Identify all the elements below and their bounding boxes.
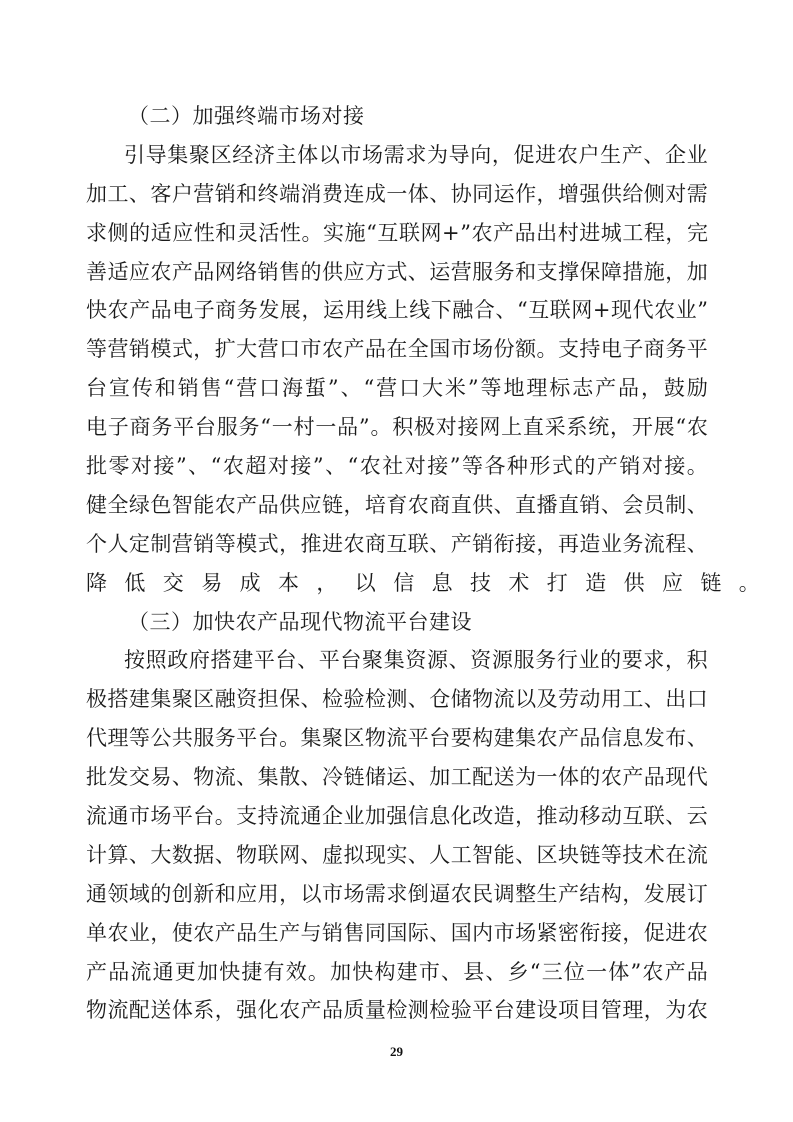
glyph: 息 (429, 797, 450, 836)
glyph: 加 (365, 797, 386, 836)
glyph: 电 (86, 408, 107, 447)
glyph: ” (460, 214, 471, 253)
glyph: 电 (601, 330, 622, 369)
glyph: 互 (622, 797, 643, 836)
glyph: 制 (150, 525, 171, 564)
glyph: 农 (107, 914, 128, 953)
glyph: 营 (172, 525, 193, 564)
glyph: 业 (687, 136, 708, 175)
glyph: 流 (215, 758, 236, 797)
section-3: （三）加快农产品现代物流平台建设 按照政府搭建平台、平台聚集资源、资源服务行业的… (86, 603, 708, 1031)
glyph: 物 (193, 758, 214, 797)
glyph: 、 (301, 758, 322, 797)
glyph: 进 (535, 136, 556, 175)
glyph: 农 (408, 486, 429, 525)
glyph: 商 (130, 408, 151, 447)
glyph: 对 (665, 175, 686, 214)
glyph: 应 (172, 214, 193, 253)
glyph: 衔 (579, 914, 600, 953)
glyph: 务 (151, 408, 172, 447)
glyph: 按 (124, 641, 145, 680)
glyph: 交 (129, 758, 150, 797)
glyph: ， (622, 875, 643, 914)
glyph: 工 (451, 836, 472, 875)
glyph: 运 (494, 175, 515, 214)
glyph: 、 (449, 641, 470, 680)
glyph: ， (610, 408, 631, 447)
glyph: 台 (494, 991, 515, 1030)
glyph: 联 (258, 836, 279, 875)
glyph: ” (176, 447, 187, 486)
glyph: 农 (601, 758, 622, 797)
glyph: 采 (545, 408, 566, 447)
glyph: 销 (579, 486, 600, 525)
glyph: 户 (578, 136, 599, 175)
glyph: 需 (687, 175, 708, 214)
glyph: 应 (301, 486, 322, 525)
glyph: 生 (600, 136, 621, 175)
glyph: “ (211, 447, 222, 486)
glyph: 运 (429, 253, 450, 292)
glyph: ， (193, 330, 214, 369)
glyph: 健 (86, 486, 107, 525)
glyph: 资 (405, 641, 426, 680)
glyph: 销 (258, 253, 279, 292)
glyph: 劳 (558, 680, 579, 719)
glyph: 资 (470, 641, 491, 680)
glyph: 际 (408, 914, 429, 953)
glyph: 台 (340, 641, 361, 680)
glyph: 活 (258, 214, 279, 253)
glyph: 产 (172, 253, 193, 292)
glyph: 农 (215, 486, 236, 525)
glyph: 平 (408, 719, 429, 758)
glyph: 品 (579, 719, 600, 758)
glyph: 体 (408, 175, 429, 214)
glyph: 效 (286, 953, 307, 992)
glyph: 系 (193, 991, 214, 1030)
glyph: 能 (494, 836, 515, 875)
glyph: 台 (429, 719, 450, 758)
glyph: ， (515, 797, 536, 836)
glyph: 一 (386, 175, 407, 214)
glyph: 业 (601, 525, 622, 564)
glyph: 性 (194, 214, 215, 253)
glyph: 务 (494, 253, 515, 292)
glyph: 制 (665, 486, 686, 525)
glyph: ， (492, 136, 513, 175)
glyph: 城 (601, 214, 622, 253)
glyph: 农 (279, 991, 300, 1030)
glyph: 产 (129, 291, 150, 330)
glyph: 整 (515, 875, 536, 914)
glyph: 农 (537, 719, 558, 758)
section-2: （二）加强终端市场对接 引导集聚区经济主体以市场需求为导向，促进农户生产、企业 … (86, 97, 708, 603)
glyph: 术 (644, 836, 665, 875)
glyph: 产 (343, 330, 364, 369)
glyph: 产 (301, 991, 322, 1030)
glyph: 直 (451, 486, 472, 525)
paragraph-line: 健全绿色智能农产品供应链，培育农商直供、直播直销、会员制、 (86, 486, 708, 525)
glyph: 网 (215, 253, 236, 292)
glyph: 链 (322, 486, 343, 525)
page-number: 29 (0, 1044, 793, 1060)
glyph: 定 (129, 525, 150, 564)
glyph: 动 (558, 797, 579, 836)
glyph: 品 (618, 369, 639, 408)
glyph: 导 (449, 136, 470, 175)
glyph: 网 (279, 836, 300, 875)
glyph: 通 (86, 875, 107, 914)
glyph: 运 (323, 291, 344, 330)
glyph: 等 (601, 836, 622, 875)
glyph: 障 (601, 253, 622, 292)
glyph: 扩 (215, 330, 236, 369)
glyph: 紧 (537, 914, 558, 953)
glyph: 村 (294, 408, 315, 447)
glyph: 主 (275, 136, 296, 175)
glyph: 场 (362, 136, 383, 175)
glyph: 计 (86, 836, 107, 875)
glyph: 产 (622, 758, 643, 797)
glyph: 一 (586, 953, 607, 992)
glyph: 农 (557, 136, 578, 175)
glyph: 构 (472, 719, 493, 758)
glyph: 智 (472, 836, 493, 875)
glyph: 直 (523, 408, 544, 447)
glyph: 志 (572, 369, 593, 408)
glyph: 通 (107, 797, 128, 836)
glyph: 用 (258, 875, 279, 914)
glyph: 场 (472, 330, 493, 369)
glyph: 流 (494, 680, 515, 719)
glyph: 和 (236, 175, 257, 214)
glyph: 管 (601, 991, 622, 1030)
glyph: 用 (345, 291, 366, 330)
glyph: 务 (237, 291, 258, 330)
glyph: 给 (622, 175, 643, 214)
glyph: 布 (665, 719, 686, 758)
glyph: 集 (150, 680, 171, 719)
glyph: 配 (472, 758, 493, 797)
glyph: 农 (223, 447, 244, 486)
glyph: 线 (409, 291, 430, 330)
glyph: 市 (451, 330, 472, 369)
glyph: 全 (408, 330, 429, 369)
glyph: 业 (129, 914, 150, 953)
glyph: 经 (232, 136, 253, 175)
glyph: 程 (644, 214, 665, 253)
glyph: 构 (374, 953, 395, 992)
glyph: 平 (319, 641, 340, 680)
glyph: 拟 (343, 836, 364, 875)
glyph: 方 (365, 253, 386, 292)
glyph: 协 (451, 175, 472, 214)
glyph: 领 (107, 875, 128, 914)
glyph: 对 (405, 447, 426, 486)
paragraph-line: 引导集聚区经济主体以市场需求为导向，促进农户生产、企业 (86, 136, 708, 175)
glyph: 模 (150, 330, 171, 369)
glyph: 批 (86, 758, 107, 797)
glyph: 商 (429, 486, 450, 525)
glyph: ， (537, 525, 558, 564)
glyph: 建 (494, 719, 515, 758)
glyph: 对 (131, 447, 152, 486)
glyph: 端 (279, 175, 300, 214)
glyph: 应 (129, 253, 150, 292)
glyph: 、 (408, 680, 429, 719)
glyph: 持 (579, 330, 600, 369)
glyph: 和 (155, 369, 176, 408)
glyph: 标 (549, 369, 570, 408)
glyph: 、 (485, 953, 506, 992)
glyph: 播 (537, 486, 558, 525)
glyph: 销 (129, 330, 150, 369)
glyph: 、 (687, 719, 708, 758)
glyph: 形 (529, 447, 550, 486)
glyph: 、 (301, 680, 322, 719)
glyph: 互 (377, 214, 398, 253)
glyph: 保 (279, 680, 300, 719)
glyph: 流 (687, 836, 708, 875)
glyph: 子 (194, 291, 215, 330)
glyph: 、 (129, 836, 150, 875)
glyph: 人 (429, 836, 450, 875)
glyph: 员 (644, 486, 665, 525)
glyph: 化 (451, 797, 472, 836)
glyph: 加 (86, 175, 107, 214)
glyph: 导 (146, 136, 167, 175)
glyph: 云 (687, 797, 708, 836)
glyph: 理 (107, 719, 128, 758)
glyph: 现 (365, 836, 386, 875)
glyph: ， (537, 175, 558, 214)
glyph: ， (665, 253, 686, 292)
glyph: 新 (193, 875, 214, 914)
glyph: 引 (124, 136, 145, 175)
paragraph-line: 按照政府搭建平台、平台聚集资源、资源服务行业的要求，积 (86, 641, 708, 680)
glyph: 平 (687, 330, 708, 369)
glyph: 求 (405, 136, 426, 175)
glyph: 强 (236, 991, 257, 1030)
glyph: 、 (644, 680, 665, 719)
glyph: 等 (129, 719, 150, 758)
glyph: 。 (370, 408, 391, 447)
glyph: ” (313, 447, 324, 486)
section-heading: （三）加快农产品现代物流平台建设 (86, 603, 708, 642)
glyph: 三 (542, 953, 563, 992)
glyph: 区 (537, 836, 558, 875)
glyph: 平 (236, 719, 257, 758)
glyph: 品 (337, 408, 358, 447)
glyph: 农 (322, 330, 343, 369)
paragraph-line: 极搭建集聚区融资担保、检验检测、仓储物流以及劳动用工、出口 (86, 680, 708, 719)
glyph: 化 (258, 991, 279, 1030)
glyph: 、 (215, 836, 236, 875)
glyph: 品 (365, 330, 386, 369)
glyph: 灵 (237, 214, 258, 253)
glyph: 销 (472, 525, 493, 564)
glyph: 要 (622, 641, 643, 680)
glyph: 性 (280, 214, 301, 253)
glyph: 产 (665, 953, 686, 992)
glyph: 储 (365, 758, 386, 797)
glyph: 配 (129, 991, 150, 1030)
glyph: 统 (588, 408, 609, 447)
glyph: 。 (279, 719, 300, 758)
glyph: 和 (215, 875, 236, 914)
glyph: 再 (558, 525, 579, 564)
glyph: 农 (472, 214, 493, 253)
glyph: 展 (665, 875, 686, 914)
glyph: 的 (574, 447, 595, 486)
glyph: 强 (579, 175, 600, 214)
glyph: 发 (644, 719, 665, 758)
glyph: 品 (515, 214, 536, 253)
glyph: 接 (427, 447, 448, 486)
glyph: 展 (280, 291, 301, 330)
glyph: 平 (472, 991, 493, 1030)
paragraph-line: 代理等公共服务平台。集聚区物流平台要构建集农产品信息发布、 (86, 719, 708, 758)
glyph: 撑 (558, 253, 579, 292)
glyph: 位 (564, 953, 585, 992)
glyph: 算 (107, 836, 128, 875)
glyph: 流 (279, 797, 300, 836)
glyph: 开 (632, 408, 653, 447)
glyph: ， (150, 914, 171, 953)
glyph: 业 (676, 291, 697, 330)
glyph: 在 (665, 836, 686, 875)
paragraph-line: 加工、客户营销和终端消费连成一体、协同运作，增强供给侧对需 (86, 175, 708, 214)
glyph: 一 (537, 758, 558, 797)
glyph: 通 (301, 797, 322, 836)
glyph: 出 (536, 214, 557, 253)
glyph: 作 (515, 175, 536, 214)
glyph: 融 (215, 680, 236, 719)
glyph: 区 (343, 719, 364, 758)
glyph: 流 (107, 991, 128, 1030)
glyph: 集 (167, 136, 188, 175)
glyph: 、 (601, 486, 622, 525)
glyph: 育 (386, 486, 407, 525)
glyph: 聚 (172, 680, 193, 719)
glyph: 产 (215, 914, 236, 953)
glyph: 及 (537, 680, 558, 719)
glyph: 聚 (189, 136, 210, 175)
glyph: 济 (254, 136, 275, 175)
glyph: 对 (642, 447, 663, 486)
glyph: 口 (687, 680, 708, 719)
glyph: 户 (172, 175, 193, 214)
glyph: 绿 (129, 486, 150, 525)
glyph: 建 (515, 991, 536, 1030)
glyph: 企 (322, 797, 343, 836)
glyph: “ (530, 953, 541, 992)
glyph: + (442, 214, 460, 253)
glyph: 源 (427, 641, 448, 680)
glyph: 。 (301, 214, 322, 253)
section-heading: （二）加强终端市场对接 (86, 97, 708, 136)
glyph: 产 (236, 486, 257, 525)
glyph: 宣 (109, 369, 130, 408)
glyph: 服 (472, 253, 493, 292)
glyph: 程 (665, 525, 686, 564)
glyph: 代 (687, 758, 708, 797)
paragraph-line: 通领域的创新和应用，以市场需求倒逼农民调整生产结构，发展订 (86, 875, 708, 914)
glyph: 以 (515, 680, 536, 719)
glyph: 增 (558, 175, 579, 214)
glyph: 有 (264, 953, 285, 992)
glyph: “ (366, 214, 377, 253)
glyph: ” (630, 953, 641, 992)
glyph: 农 (343, 525, 364, 564)
glyph: 市 (301, 330, 322, 369)
glyph: 造 (494, 797, 515, 836)
glyph: 极 (86, 680, 107, 719)
glyph: ， (279, 525, 300, 564)
glyph: 市 (419, 953, 440, 992)
glyph: 供 (601, 175, 622, 214)
glyph: 子 (622, 330, 643, 369)
glyph: 场 (515, 914, 536, 953)
paragraph-line: 个人定制营销等模式，推进农商互联、产销衔接，再造业务流程、 (86, 525, 708, 564)
glyph: “ (363, 369, 374, 408)
glyph: 客 (150, 175, 171, 214)
glyph: 线 (366, 291, 387, 330)
glyph: 销 (322, 914, 343, 953)
glyph: 发 (258, 291, 279, 330)
paragraph-line: 产品流通更加快捷有效。加快构建市、县、乡“三位一体”农产品 (86, 953, 708, 992)
glyph: 营 (451, 253, 472, 292)
glyph: 、 (301, 836, 322, 875)
glyph: 产 (558, 719, 579, 758)
paragraph-line: 物流配送体系，强化农产品质量检测检验平台建设项目管理，为农 (86, 991, 708, 1030)
glyph: 流 (86, 797, 107, 836)
glyph: 集 (258, 758, 279, 797)
glyph: 支 (537, 253, 558, 292)
glyph: 市 (322, 875, 343, 914)
glyph: 商 (365, 525, 386, 564)
glyph: 农 (654, 291, 675, 330)
glyph: 消 (301, 175, 322, 214)
glyph: 。 (537, 330, 558, 369)
glyph: 人 (107, 525, 128, 564)
glyph: 连 (343, 175, 364, 214)
glyph: 集 (515, 719, 536, 758)
paragraph-line: 求侧的适应性和灵活性。实施“互联网+”农产品出村进城工程，完 (86, 214, 708, 253)
glyph: 施 (345, 214, 366, 253)
glyph: 等 (481, 369, 502, 408)
glyph: 据 (193, 836, 214, 875)
glyph: 集 (384, 641, 405, 680)
glyph: 接 (601, 914, 622, 953)
glyph: 、 (325, 447, 346, 486)
glyph: ” (328, 369, 339, 408)
glyph: 体 (172, 991, 193, 1030)
glyph: 体 (297, 136, 318, 175)
glyph: ， (665, 641, 686, 680)
glyph: 、 (341, 369, 362, 408)
glyph: 模 (236, 525, 257, 564)
glyph: 智 (172, 486, 193, 525)
glyph: 。 (215, 797, 236, 836)
glyph: 服 (217, 408, 238, 447)
glyph: 对 (268, 447, 289, 486)
glyph: 销 (215, 175, 236, 214)
glyph: 售 (279, 253, 300, 292)
glyph: 费 (322, 175, 343, 214)
glyph: ， (343, 486, 364, 525)
